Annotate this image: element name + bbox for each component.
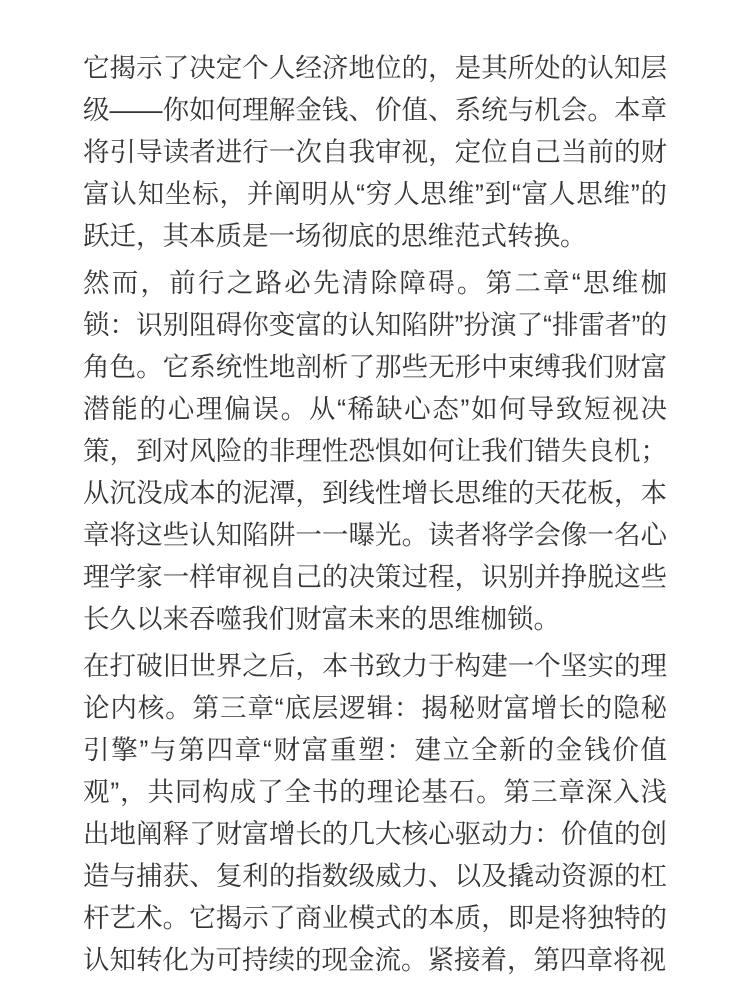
document-page: 它揭示了决定个人经济地位的，是其所处的认知层级——你如何理解金钱、价值、系统与机…: [0, 0, 750, 1000]
paragraph-2: 然而，前行之路必先清除障碍。第二章“思维枷锁：识别阻碍你变富的认知陷阱”扮演了“…: [83, 262, 667, 640]
paragraph-3: 在打破旧世界之后，本书致力于构建一个坚实的理论内核。第三章“底层逻辑：揭秘财富增…: [83, 645, 667, 981]
paragraph-1: 它揭示了决定个人经济地位的，是其所处的认知层级——你如何理解金钱、价值、系统与机…: [83, 47, 667, 257]
